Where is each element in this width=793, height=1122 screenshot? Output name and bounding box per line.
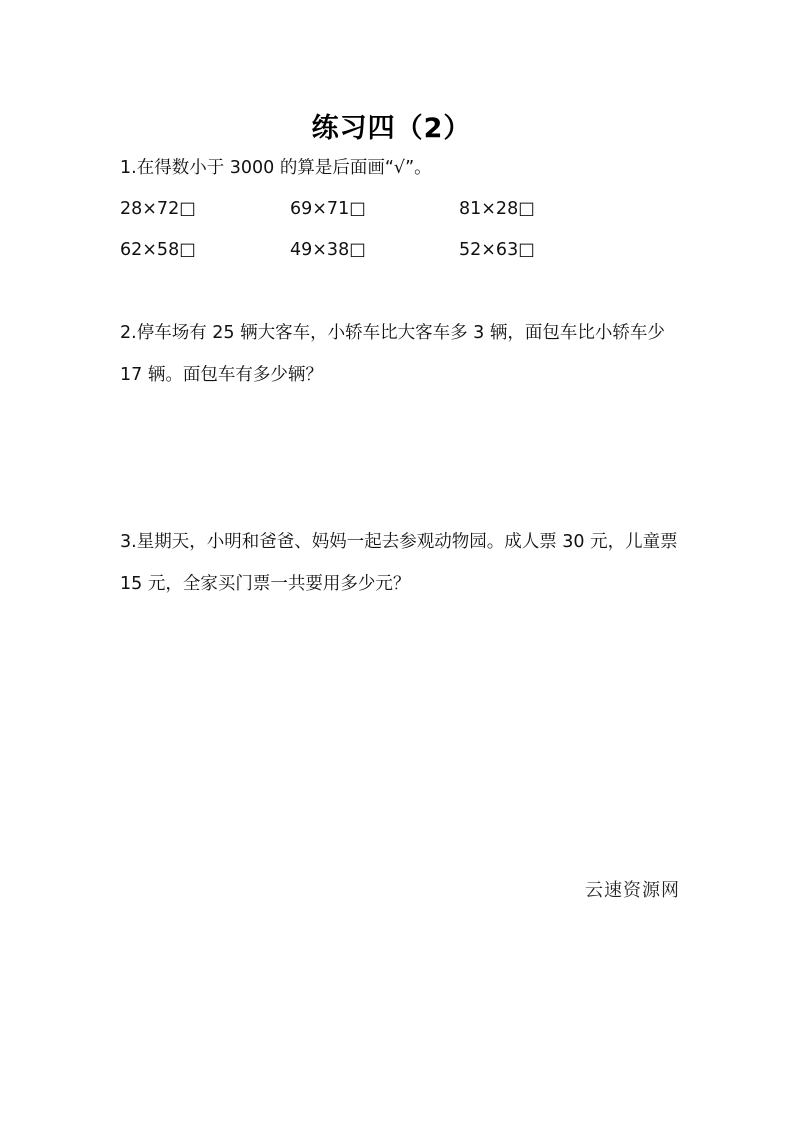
question-3-line-2: 15 元，全家买门票一共要用多少元？ — [120, 572, 410, 596]
watermark: 云速资源网 — [585, 876, 680, 902]
question-3-line-1: 3.星期天，小明和爸爸、妈妈一起去参观动物园。成人票 30 元，儿童票 — [120, 530, 678, 554]
calc-item: 69×71□ — [290, 197, 366, 221]
calc-item: 52×63□ — [459, 238, 535, 262]
calc-item: 81×28□ — [459, 197, 535, 221]
question-2-line-2: 17 辆。面包车有多少辆？ — [120, 363, 323, 387]
question-2-line-1: 2.停车场有 25 辆大客车，小轿车比大客车多 3 辆，面包车比小轿车少 — [120, 321, 665, 345]
page-title: 练习四（2） — [0, 106, 783, 145]
calc-item: 62×58□ — [120, 238, 196, 262]
question-1-prompt: 1.在得数小于 3000 的算是后面画“√”。 — [120, 156, 432, 180]
calc-item: 28×72□ — [120, 197, 196, 221]
calc-item: 49×38□ — [290, 238, 366, 262]
